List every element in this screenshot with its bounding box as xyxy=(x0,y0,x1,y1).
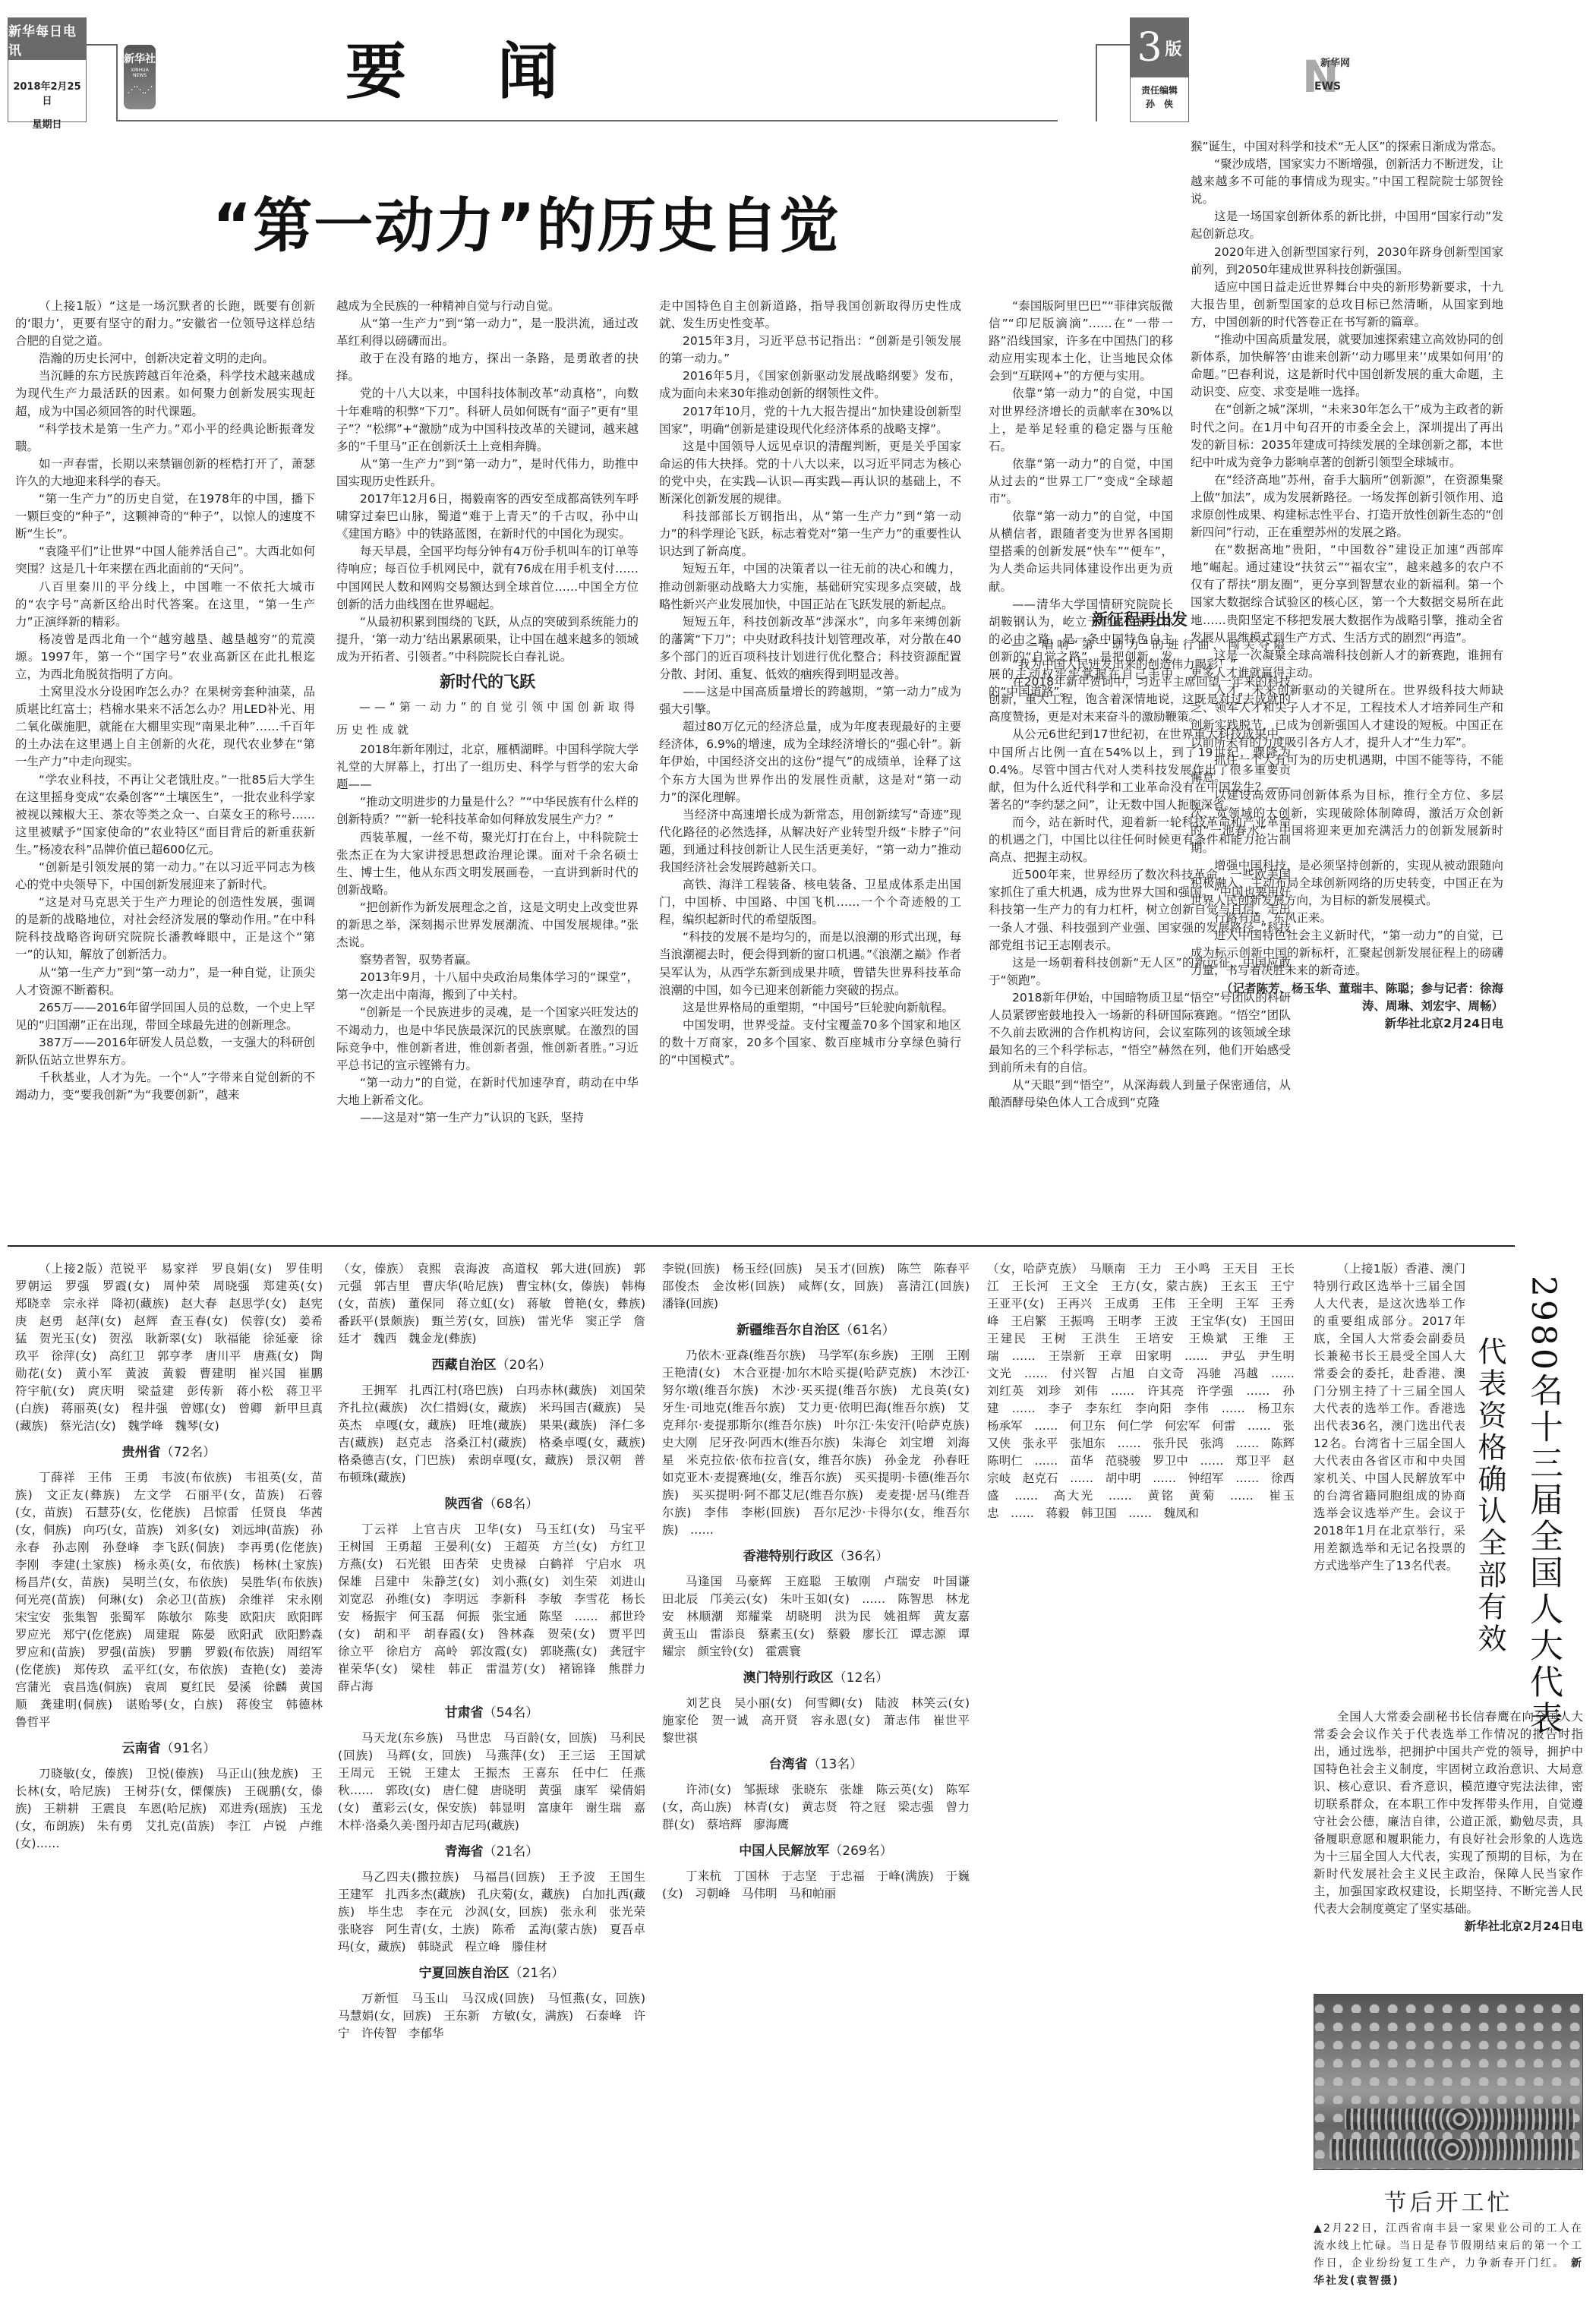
paragraph: 265万——2016年留学回国人员的总数，一个史上罕见的“归国潮”正在出现，带回… xyxy=(15,999,315,1034)
paragraph: 这是一场国家创新体系的新比拼，中国用“国家行动”发起创新总攻。 xyxy=(1191,208,1503,243)
paragraph: 短短五年，科技创新改革“涉深水”，向多年来缚创新的藩篱“下刀”；中央财政科技计划… xyxy=(659,613,961,683)
paragraph: 千秋基业，人才为先。一个“人”字带来自觉创新的不竭动力，变“要我创新”为“我要创… xyxy=(15,1069,315,1104)
paper-name: 新华每日电讯 xyxy=(8,18,86,60)
paragraph: 387万——2016年研发人员总数，一支强大的科研创新队伍站立世界东方。 xyxy=(15,1034,315,1069)
province-heading: 新疆维吾尔自治区（61名） xyxy=(662,1322,970,1339)
news-photo-fruit-sorting-line xyxy=(1314,1994,1583,2170)
paragraph: 增强中国科技，是必须坚持创新的，实现从被动跟随向积极融入、主动布局全球创新网络的… xyxy=(1191,857,1503,910)
paragraph: ——这是中国高质量增长的跨越期，“第一动力”成为强大引擎。 xyxy=(659,683,961,718)
masthead-right-box: 3 版 责任编辑 孙 侠 xyxy=(1130,17,1189,122)
representative-list-column-1: （上接2版）范锐平 易家祥 罗良娟(女) 罗佳明 罗朝运 罗强 罗霞(女) 周仲… xyxy=(15,1260,323,1853)
masthead-rule xyxy=(116,120,1058,121)
representative-list-column-4: （女，哈萨克族） 马顺南 王力 王小鸣 王天目 王长江 王长河 王文全 王方(女… xyxy=(987,1260,1295,1522)
dateline: 新华社北京2月24日电 xyxy=(1191,1015,1503,1033)
sidebar-article: （上接1版）香港、澳门特别行政区选举十三届全国人大代表，是这次选举工作的重要组成… xyxy=(1314,1260,1465,1575)
paragraph: 西装革履，一丝不苟，聚光灯打在台上，中科院院士张杰正在为大家讲授思想政治理论课。… xyxy=(336,829,639,899)
province-heading: 台湾省（13名） xyxy=(662,1756,970,1774)
representative-list-column-2: （女，傣族） 袁熙 袁海波 高道权 郭大进(回族) 郭元强 郭吉里 曹庆华(哈尼… xyxy=(338,1260,645,2042)
paragraph: 如一声春雷，长期以来禁锢创新的桎梏打开了，萧瑟许久的大地迎来科学的春天。 xyxy=(15,456,315,490)
name-list: 王拥军 扎西江村(珞巴族) 白玛赤林(藏族) 刘国荣 齐扎拉(藏族) 次仁措姆(… xyxy=(338,1382,645,1487)
paragraph: 适应中国日益走近世界舞台中央的新形势新要求，十九大报告里，创新型国家的总攻目标已… xyxy=(1191,279,1503,331)
name-list: 李锐(回族) 杨玉经(回族) 吴玉才(回族) 陈竺 陈春平 邵俊杰 金汝彬(回族… xyxy=(662,1260,970,1313)
paragraph: 2017年12月6日，揭毅南客的西安至成都高铁列车呼啸穿过秦巴山脉，蜀道“难于上… xyxy=(336,490,639,543)
paragraph: 2017年10月，党的十九大报告提出“加快建设创新型国家”，明确“创新是建设现代… xyxy=(659,403,961,438)
issue-date: 2018年2月25日 xyxy=(8,78,86,107)
paragraph: 这是中国领导人远见卓识的清醒判断，更是关乎国家命运的伟大抉择。党的十八大以来，以… xyxy=(659,438,961,508)
name-list: 马天龙(东乡族) 马世忠 马百龄(女，回族) 马利民(回族) 马辉(女，回族) … xyxy=(338,1730,645,1834)
province-heading: 香港特别行政区（36名） xyxy=(662,1548,970,1566)
name-list: 马乙四夫(撒拉族) 马福昌(回族) 王予波 王国生 王建军 扎西多杰(藏族) 孔… xyxy=(338,1869,645,1956)
paragraph: 行路有道，东风正来。 xyxy=(1191,910,1503,927)
article-column-2: 越成为全民族的一种精神自觉与行动自觉。 从“第一生产力”到“第一动力”，是一股洪… xyxy=(336,298,639,1127)
paragraph: “从最初积累到围绕的飞跃，从点的突破到系统能力的提升，‘第一动力’结出累累硕果，… xyxy=(336,613,639,666)
photo-caption: ▲2月22日，江西省南丰县一家果业公司的工人在流水线上忙碌。当日是春节假期结束后… xyxy=(1314,2220,1583,2290)
paragraph: 敢于在没有路的地方，探出一条路，是勇敢者的抉择。 xyxy=(336,350,639,385)
paragraph: 短短五年，中国的决策者以一往无前的决心和魄力，推动创新驱动战略大力实施，基础研究… xyxy=(659,560,961,613)
paragraph: 2015年3月，习近平总书记指出：“创新是引领发展的第一动力。” xyxy=(659,333,961,367)
paragraph: 这是世界格局的重塑期，“中国号”巨轮驶向新航程。 xyxy=(659,999,961,1017)
article-column-5: 猴”诞生，中国对科学和技术“无人区”的探索日渐成为常态。 “聚沙成塔，国家实力不… xyxy=(1191,138,1503,1033)
paragraph: 依靠“第一动力”的自觉，中国从横信者，跟随者变为世界各国期望搭乘的创新发展“快车… xyxy=(989,508,1173,595)
province-heading: 陕西省（68名） xyxy=(338,1496,645,1513)
conveyor-belt xyxy=(1345,2109,1575,2130)
page-number-badge: 3 版 xyxy=(1131,18,1188,77)
name-list: 乃依木·亚森(维吾尔族) 马学军(东乡族) 王刚 王刚 王艳清(女) 木合亚提·… xyxy=(662,1347,970,1539)
name-list: 丁薛祥 王伟 王勇 韦波(布依族) 韦祖英(女，苗族) 文正友(彝族) 左文学 … xyxy=(15,1469,323,1731)
masthead-divider xyxy=(87,44,117,46)
name-list: 刀晓敏(女，傣族) 卫悦(傣族) 马正山(独龙族) 王长林(女，哈尼族) 王树芬… xyxy=(15,1765,323,1853)
province-heading: 贵州省（72名） xyxy=(15,1444,323,1462)
paragraph: “第一动力”的自觉，在新时代加速孕育，萌动在中华大地上新希文化。 xyxy=(336,1074,639,1109)
name-list: 许沛(女) 邹振球 张晓东 张雄 陈云英(女) 陈军(女，高山族) 林青(女) … xyxy=(662,1781,970,1834)
paragraph: 在“经济高地”苏州，奋手大脑所“创新源”，在资源集聚上做“加法”，成为发展新路径… xyxy=(1191,472,1503,541)
paragraph: 从“天眼”到“悟空”，从深海载人到量子保密通信，从酿酒酵母染色体人工合成到“克隆 xyxy=(989,1077,1291,1112)
paragraph: 党的十八大以来，中国科技体制改革“动真格”，向数十年难啃的积弊“下刀”。科研人员… xyxy=(336,385,639,455)
conveyor-belt xyxy=(1329,2139,1575,2160)
name-list: （上接2版）范锐平 易家祥 罗良娟(女) 罗佳明 罗朝运 罗强 罗霞(女) 周仲… xyxy=(15,1260,323,1435)
paragraph: 越成为全民族的一种精神自觉与行动自觉。 xyxy=(336,298,639,315)
paragraph: 猴”诞生，中国对科学和技术“无人区”的探索日渐成为常态。 xyxy=(1191,138,1503,156)
name-list: 丁云祥 上官吉庆 卫华(女) 马玉红(女) 马宝平 王树国 王勇超 王晏利(女)… xyxy=(338,1521,645,1695)
province-heading: 西藏自治区（20名） xyxy=(338,1357,645,1374)
issue-weekday: 星期日 xyxy=(8,116,86,131)
xinhuanet-news-logo-icon: N 新华网 EWS xyxy=(1302,53,1355,99)
paragraph: “创新是一个民族进步的灵魂，是一个国家兴旺发达的不竭动力，也是中华民族最深沉的民… xyxy=(336,1004,639,1074)
dateline: 新华社北京2月24日电 xyxy=(1314,1918,1583,1935)
paragraph: “把创新作为新发展理念之首，这是文明史上改变世界的新思之举，深刻揭示世界发展潮流… xyxy=(336,899,639,951)
paragraph: “袁隆平们”让世界“中国人能养活自己”。大西北如何突围？这是几十年来摆在西北面前… xyxy=(15,543,315,578)
paragraph: 土窝里没水分设困咋怎么办？在果树旁套种油菜，品质堪比红富士；档棉水果来不活怎么办… xyxy=(15,683,315,771)
province-heading: 澳门特别行政区（12名） xyxy=(662,1670,970,1687)
paragraph: 中国发明，世界受益。支付宝覆盖70多个国家和地区的数十万商家，20多个国家、数百… xyxy=(659,1017,961,1069)
paragraph: 走中国特色自主创新道路，指导我国创新取得历史性成就、发生历史性变革。 xyxy=(659,298,961,333)
representative-list-column-3: 李锐(回族) 杨玉经(回族) 吴玉才(回族) 陈竺 陈春平 邵俊杰 金汝彬(回族… xyxy=(662,1260,970,1903)
paragraph: 从“第一生产力”到“第一动力”，是一股洪流，通过改革红利得以磅礴而出。 xyxy=(336,315,639,350)
paragraph: 察势者智，驭势者赢。 xyxy=(336,951,639,969)
paragraph: “学农业科技，不再让父老饿肚皮。”一批85后大学生在这里摇身变成“农桑创客”“土… xyxy=(15,771,315,859)
province-heading: 中国人民解放军（269名） xyxy=(662,1843,970,1860)
paragraph: 2013年9月，十八届中央政治局集体学习的“课堂”，第一次走出中南海，搬到了中关… xyxy=(336,969,639,1004)
editor-credit: 责任编辑 孙 侠 xyxy=(1131,84,1188,111)
section-subtitle: ——“第一动力”的自觉引领中国创新取得历史性成就 xyxy=(336,695,639,741)
paragraph: 抓住一个大有可为的历史机遇期，中国不能等待，不能懈怠。 xyxy=(1191,752,1503,787)
paragraph: “这是对马克思关于生产力理论的创造性发展，强调的是新的战略地位，对社会经济发展的… xyxy=(15,894,315,964)
sidebar-article-continued: 全国人大常委会副秘书长信春鹰在向全国人大常委会会议作关于代表选举工作情况的报告时… xyxy=(1314,1708,1583,1935)
name-list: 马逢国 马豪辉 王庭聪 王敏刚 卢瑞安 叶国谦 田北辰 邝美云(女) 朱叶玉如(… xyxy=(662,1573,970,1661)
paragraph: “第一生产力”的历史自觉，在1978年的中国，播下一颗巨变的“种子”，这颗神奇的… xyxy=(15,490,315,543)
name-list: （女，傣族） 袁熙 袁海波 高道权 郭大进(回族) 郭元强 郭吉里 曹庆华(哈尼… xyxy=(338,1260,645,1348)
masthead-divider xyxy=(1096,44,1130,46)
paragraph: “泰国版阿里巴巴”“菲律宾版微信”“印尼版滴滴”……在“一带一路”沿线国家，许多… xyxy=(989,298,1173,385)
masthead-divider xyxy=(116,44,118,121)
paragraph: 2016年5月，《国家创新驱动发展战略纲要》发布，成为面向未来30年推动创新的纲… xyxy=(659,367,961,402)
paragraph: ——这是对“第一生产力”认识的飞跃，坚持 xyxy=(336,1109,639,1127)
paragraph: 当沉睡的东方民族跨越百年沧桑，科学技术越来越成为现代生产力最活跃的因素。如何聚力… xyxy=(15,367,315,420)
paragraph: “创新是引领发展的第一动力。”在以习近平同志为核心的党中央领导下，中国创新发展迎… xyxy=(15,859,315,894)
paragraph: 进入中国特色社会主义新时代，“第一动力”的自觉，已成为标示创新中国的新标杆，汇聚… xyxy=(1191,927,1503,979)
article-column-1: （上接1版）“这是一场沉默者的长跑，既要有创新的‘眼力’，更要有坚守的耐力。”安… xyxy=(15,298,315,1104)
name-list: 刘艺良 吴小丽(女) 何雪卿(女) 陆波 林笑云(女) 施家伦 贺一诚 高开贤 … xyxy=(662,1695,970,1747)
paragraph: “科学技术是第一生产力。”邓小平的经典论断振聋发聩。 xyxy=(15,421,315,456)
province-heading: 青海省（21名） xyxy=(338,1844,645,1861)
paragraph: 依靠“第一动力”的自觉，中国对世界经济增长的贡献率在30%以上，是举足轻重的稳定… xyxy=(989,385,1173,455)
paragraph: 2020年进入创新型国家行列，2030年跻身创新型国家前列，到2050年建成世界… xyxy=(1191,244,1503,279)
article-column-3: 走中国特色自主创新道路，指导我国创新取得历史性成就、发生历史性变革。 2015年… xyxy=(659,298,961,1069)
paragraph: （上接1版）香港、澳门特别行政区选举十三届全国人大代表，是这次选举工作的重要组成… xyxy=(1314,1260,1465,1575)
section-title: 要闻 xyxy=(345,23,649,110)
paragraph: “聚沙成塔，国家实力不断增强，创新活力不断迸发，让越来越多不可能的事情成为现实。… xyxy=(1191,156,1503,208)
photo-title: 节后开工忙 xyxy=(1314,2184,1583,2217)
paragraph: 浩瀚的历史长河中，创新决定着文明的走向。 xyxy=(15,350,315,367)
paragraph: “推动中国高质量发展，就要加速探索建立高效协同的创新体系，加快解答‘由谁来创新’… xyxy=(1191,331,1503,401)
name-list: （女，哈萨克族） 马顺南 王力 王小鸣 王天目 王长江 王长河 王文全 王方(女… xyxy=(987,1260,1295,1522)
paragraph: 在“数据高地”贵阳，“中国数谷”建设正加速“西部库地”崛起。通过建设“扶贫云”“… xyxy=(1191,541,1503,647)
section-divider xyxy=(8,1245,1515,1247)
section-subhead: 新时代的飞跃 xyxy=(336,673,639,691)
xinhua-logo-icon: 新华社 XINHUA NEWS ⋰⋱⋰ xyxy=(124,45,156,109)
paragraph: 科技部部长万钢指出，从“第一生产力”到“第一动力”的科学理论飞跃，标志着党对“第… xyxy=(659,508,961,560)
paragraph: 在“创新之城”深圳，“未来30年怎么干”成为主政者的新时代之问。在1月中旬召开的… xyxy=(1191,401,1503,471)
paragraph: 人才，未来创新驱动的关键所在。世界级科技大师缺乏、领军人才和尖子人才不足，工程技… xyxy=(1191,682,1503,752)
paragraph: 八百里秦川的平分线上，中国唯一不依托大城市的“农字号”高新区给出时代答案。在这里… xyxy=(15,579,315,631)
paragraph: 全国人大常委会副秘书长信春鹰在向全国人大常委会会议作关于代表选举工作情况的报告时… xyxy=(1314,1708,1583,1918)
paragraph: （上接1版）“这是一场沉默者的长跑，既要有创新的‘眼力’，更要有坚守的耐力。”安… xyxy=(15,298,315,350)
network-graph-icon: ⋰⋱⋰ xyxy=(124,84,156,95)
masthead-divider xyxy=(1096,44,1097,121)
name-list: 丁来杭 丁国林 于志坚 于忠福 于峰(满族) 于巍(女) 习朝峰 马伟明 马和帕… xyxy=(662,1868,970,1903)
paragraph: 依靠“第一动力”的自觉，中国从过去的“世界工厂”变成“全球超市”。 xyxy=(989,456,1173,508)
province-heading: 宁夏回族自治区（21名） xyxy=(338,1965,645,1982)
masthead-left-box: 新华每日电讯 2018年2月25日 星期日 xyxy=(8,17,87,122)
paragraph: 这是一次凝聚全球高端科技创新人才的新赛跑，谁拥有更多人才谁就赢得主动。 xyxy=(1191,647,1503,682)
paragraph: 每天早晨，全国平均每分钟有4万份手机叫车的订单等待响应；每百位手机网民中，就有7… xyxy=(336,543,639,613)
paragraph: 杨凌曾是西北角一个“越穷越垦、越垦越穷”的荒漠塬。1997年，第一个“国字号”农… xyxy=(15,631,315,683)
paragraph: “科技的发展不是均匀的，而是以浪潮的形式出现，每当浪潮褪去时，便会得到新的窗口机… xyxy=(659,929,961,998)
paragraph: “推动文明进步的力量是什么？”“中华民族有什么样的创新特质？”“新一轮科技革命如… xyxy=(336,793,639,828)
paragraph: 从“第一生产力”到“第一动力”，是一种自觉，让顶尖人才资源不断蓄积。 xyxy=(15,964,315,999)
paragraph: 超过80万亿元的经济总量，成为年度表现最好的主要经济体，6.9%的增速，成为全球… xyxy=(659,718,961,806)
paragraph: 从“第一生产力”到“第一动力”，是时代伟力，助推中国实现历史性跃升。 xyxy=(336,456,639,490)
province-heading: 甘肃省（54名） xyxy=(338,1705,645,1722)
paragraph: 以建设高效协同创新体系为目标，推行全方位、多层次、宽领域的大创新，实现破除体制障… xyxy=(1191,787,1503,856)
province-heading: 云南省（91名） xyxy=(15,1740,323,1758)
paragraph: 高铁、海洋工程装备、核电装备、卫星成体系走出国门，中国桥、中国路、中国飞机……一… xyxy=(659,876,961,929)
article-headline: “第一动力”的历史自觉 xyxy=(213,178,841,263)
reporter-credit: （记者陈芳、杨玉华、董瑞丰、陈聪；参与记者：徐海涛、周琳、刘宏宇、周畅） xyxy=(1191,980,1503,1015)
paragraph: 当经济中高速增长成为新常态，用创新续写“奇迹”现代化路径的必然选择，从解决好产业… xyxy=(659,806,961,876)
paragraph: 2018年新年刚过，北京，雁栖湖畔。中国科学院大学礼堂的大屏幕上，打出了一组历史… xyxy=(336,741,639,793)
name-list: 万新恒 马玉山 马汉成(回族) 马恒燕(女，回族) 马慧娟(女，回族) 王东新 … xyxy=(338,1990,645,2042)
